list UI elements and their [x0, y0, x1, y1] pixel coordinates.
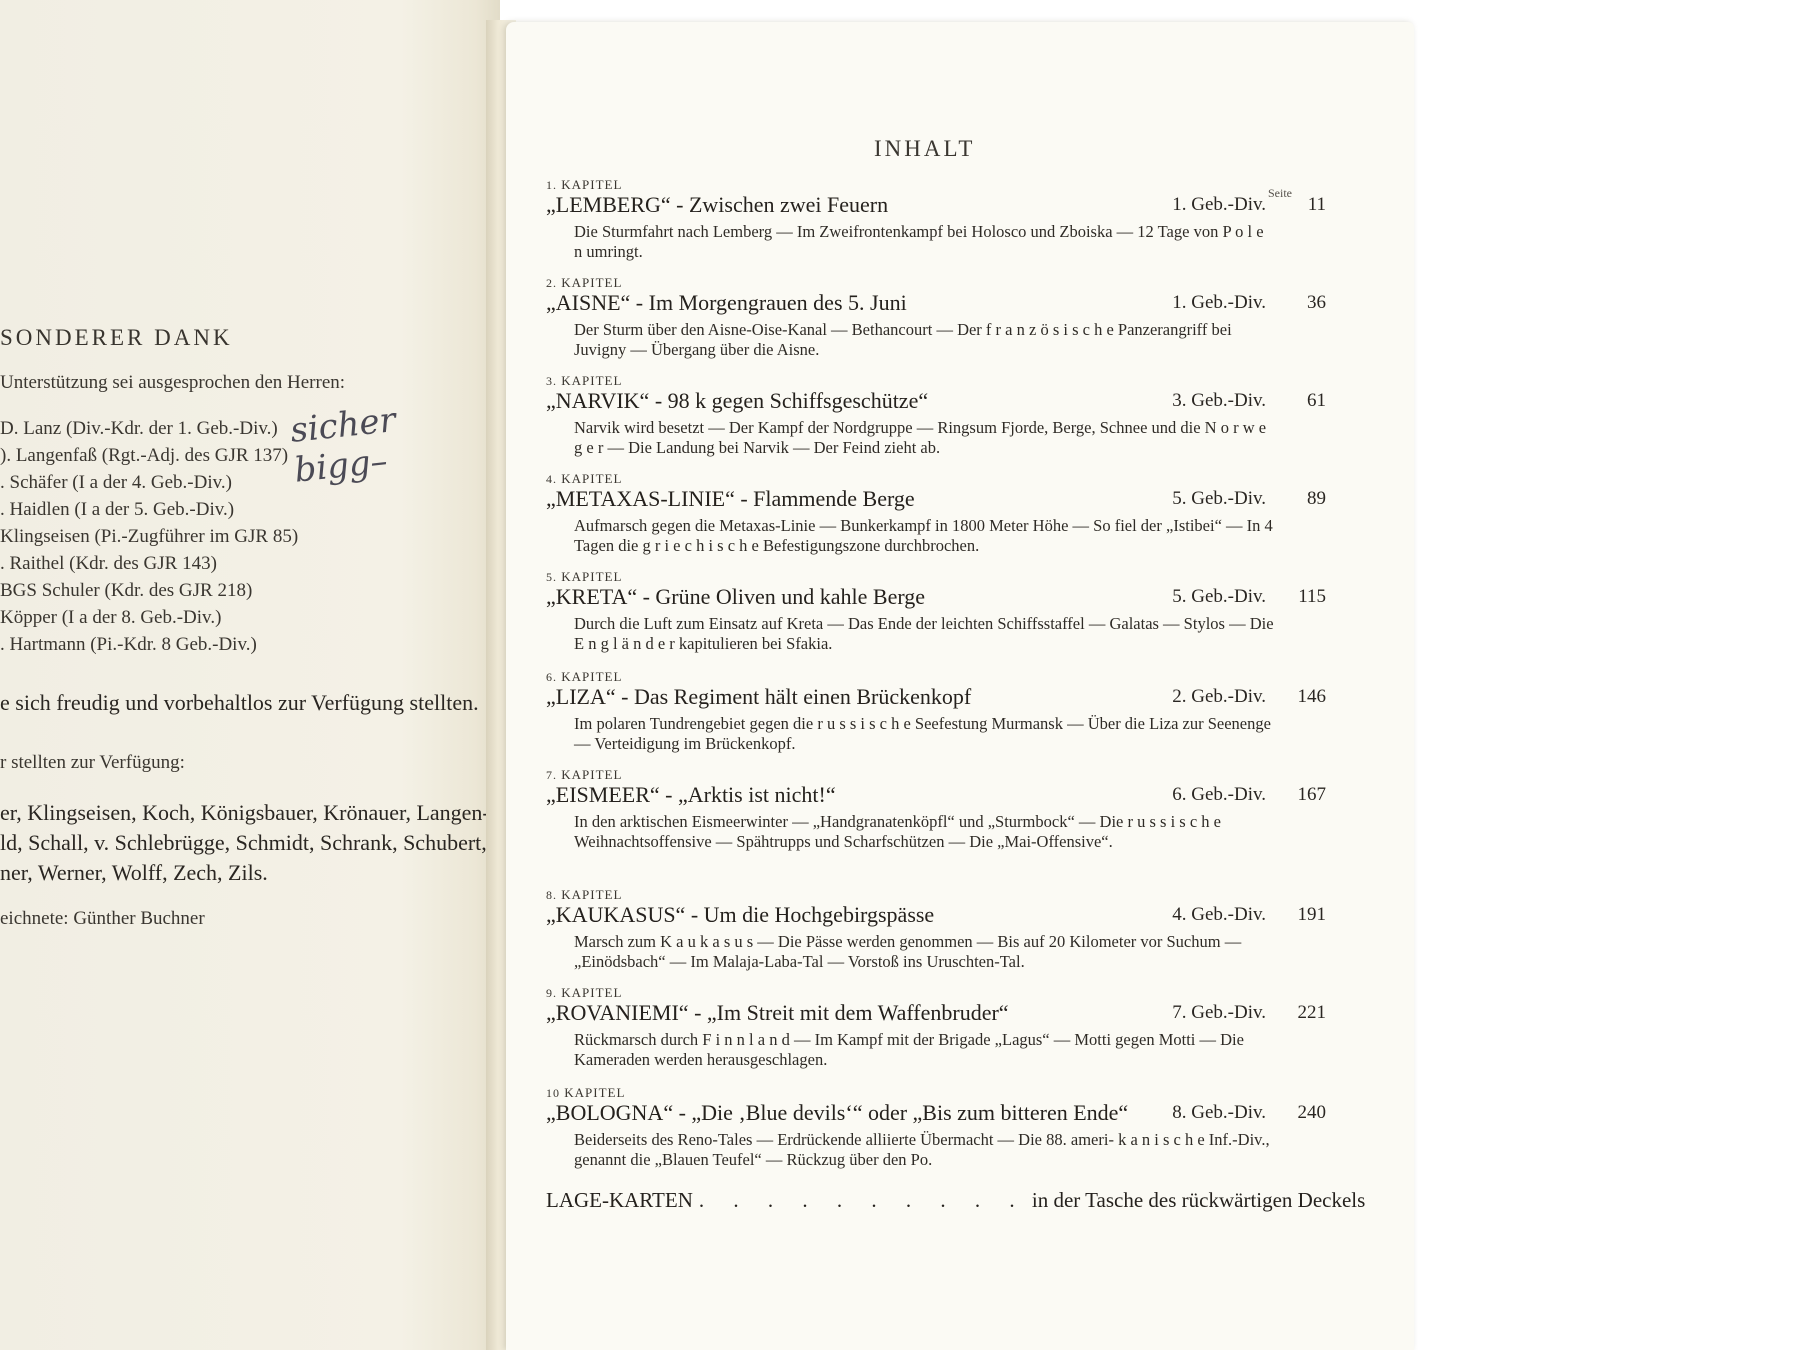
chapter-title: „AISNE“ - Im Morgengrauen des 5. Juni [546, 290, 907, 316]
toc-chapter: 9. KAPITEL „ROVANIEMI“ - „Im Streit mit … [546, 986, 1326, 1070]
chapter-division: 7. Geb.-Div. [1172, 1002, 1266, 1024]
chapter-title: „EISMEER“ - „Arktis ist nicht!“ [546, 782, 836, 808]
left-page: SONDERER DANK Unterstützung sei ausgespr… [0, 0, 500, 1350]
chapter-number: 6. [546, 670, 557, 684]
chapter-page: 146 [1286, 686, 1326, 708]
thanks-name: BGS Schuler (Kdr. des GJR 218) [0, 580, 252, 602]
chapter-page: 221 [1286, 1002, 1326, 1024]
chapter-number: 8. [546, 888, 557, 902]
chapter-label: KAPITEL [564, 1085, 625, 1100]
chapter-title: „ROVANIEMI“ - „Im Streit mit dem Waffenb… [546, 1000, 1009, 1026]
thanks-name: . Schäfer (I a der 4. Geb.-Div.) [0, 472, 232, 494]
chapter-number: 3. [546, 374, 557, 388]
handwritten-signature: sicher bigg– [288, 389, 500, 490]
others-line: ner, Werner, Wolff, Zech, Zils. [0, 860, 268, 886]
chapter-number: 1. [546, 178, 557, 192]
thanks-name: . Haidlen (I a der 5. Geb.-Div.) [0, 499, 234, 521]
chapter-division: 3. Geb.-Div. [1172, 390, 1266, 412]
chapter-number: 9. [546, 986, 557, 1000]
chapter-title: „BOLOGNA“ - „Die ‚Blue devils‘“ oder „Bi… [546, 1100, 1128, 1126]
acknowledgement-intro: Unterstützung sei ausgesprochen den Herr… [0, 372, 345, 394]
leader-dots: . . . . . . . . . . [699, 1188, 1027, 1212]
thanks-name: . Raithel (Kdr. des GJR 143) [0, 553, 217, 575]
chapter-title: „NARVIK“ - 98 k gegen Schiffsgeschütze“ [546, 388, 928, 414]
toc-chapter: 7. KAPITEL „EISMEER“ - „Arktis ist nicht… [546, 768, 1326, 852]
toc-chapter: 1. KAPITEL „LEMBERG“ - Zwischen zwei Feu… [546, 178, 1326, 262]
chapter-label: KAPITEL [561, 471, 622, 486]
chapter-page: 167 [1286, 784, 1326, 806]
chapter-label: KAPITEL [561, 177, 622, 192]
chapter-division: 1. Geb.-Div. [1172, 292, 1266, 314]
chapter-number: 2. [546, 276, 557, 290]
chapter-title: „LIZA“ - Das Regiment hält einen Brücken… [546, 684, 971, 710]
chapter-page: 240 [1286, 1102, 1326, 1124]
chapter-division: 8. Geb.-Div. [1172, 1102, 1266, 1124]
chapter-division: 5. Geb.-Div. [1172, 586, 1266, 608]
thanks-name: Köpper (I a der 8. Geb.-Div.) [0, 607, 221, 629]
chapter-description: Narvik wird besetzt — Der Kampf der Nord… [574, 418, 1274, 458]
toc-chapter: 3. KAPITEL „NARVIK“ - 98 k gegen Schiffs… [546, 374, 1326, 458]
others-intro: r stellten zur Verfügung: [0, 752, 185, 774]
chapter-description: Die Sturmfahrt nach Lemberg — Im Zweifro… [574, 222, 1274, 262]
chapter-description: Rückmarsch durch F i n n l a n d — Im Ka… [574, 1030, 1274, 1070]
thanks-name: D. Lanz (Div.-Kdr. der 1. Geb.-Div.) [0, 418, 278, 440]
chapter-division: 4. Geb.-Div. [1172, 904, 1266, 926]
others-line: ld, Schall, v. Schlebrügge, Schmidt, Sch… [0, 830, 487, 856]
toc-chapter: 6. KAPITEL „LIZA“ - Das Regiment hält ei… [546, 670, 1326, 754]
acknowledgement-heading: SONDERER DANK [0, 325, 233, 351]
chapter-description: Aufmarsch gegen die Metaxas-Linie — Bunk… [574, 516, 1274, 556]
maps-label: LAGE-KARTEN [546, 1188, 693, 1212]
chapter-title: „LEMBERG“ - Zwischen zwei Feuern [546, 192, 888, 218]
chapter-division: 5. Geb.-Div. [1172, 488, 1266, 510]
chapter-page: 191 [1286, 904, 1326, 926]
toc-chapter: 4. KAPITEL „METAXAS-LINIE“ - Flammende B… [546, 472, 1326, 556]
chapter-description: Marsch zum K a u k a s u s — Die Pässe w… [574, 932, 1274, 972]
chapter-page: 61 [1286, 390, 1326, 412]
chapter-number: 10 [546, 1086, 560, 1100]
chapter-number: 5. [546, 570, 557, 584]
chapter-number: 4. [546, 472, 557, 486]
chapter-label: KAPITEL [561, 887, 622, 902]
chapter-page: 11 [1286, 194, 1326, 216]
chapter-number: 7. [546, 768, 557, 782]
signed-by: eichnete: Günther Buchner [0, 908, 205, 930]
toc-chapter: 10 KAPITEL „BOLOGNA“ - „Die ‚Blue devils… [546, 1086, 1326, 1170]
chapter-division: 1. Geb.-Div. [1172, 194, 1266, 216]
thanks-name: Klingseisen (Pi.-Zugführer im GJR 85) [0, 526, 298, 548]
thanks-name: . Hartmann (Pi.-Kdr. 8 Geb.-Div.) [0, 634, 257, 656]
chapter-label: KAPITEL [561, 669, 622, 684]
chapter-description: Im polaren Tundrengebiet gegen die r u s… [574, 714, 1274, 754]
chapter-label: KAPITEL [561, 373, 622, 388]
chapter-description: Durch die Luft zum Einsatz auf Kreta — D… [574, 614, 1274, 654]
chapter-label: KAPITEL [561, 767, 622, 782]
toc-chapter: 2. KAPITEL „AISNE“ - Im Morgengrauen des… [546, 276, 1326, 360]
chapter-division: 6. Geb.-Div. [1172, 784, 1266, 806]
chapter-description: In den arktischen Eismeerwinter — „Handg… [574, 812, 1274, 852]
chapter-description: Beiderseits des Reno-Tales — Erdrückende… [574, 1130, 1274, 1170]
toc-title: INHALT [874, 136, 975, 162]
chapter-title: „KRETA“ - Grüne Oliven und kahle Berge [546, 584, 925, 610]
thanks-name: ). Langenfaß (Rgt.-Adj. des GJR 137) [0, 445, 288, 467]
chapter-title: „METAXAS-LINIE“ - Flammende Berge [546, 486, 915, 512]
acknowledgement-closing: e sich freudig und vorbehaltlos zur Verf… [0, 690, 479, 716]
chapter-label: KAPITEL [561, 985, 622, 1000]
others-line: er, Klingseisen, Koch, Königsbauer, Krön… [0, 800, 490, 826]
chapter-label: KAPITEL [561, 275, 622, 290]
toc-chapter: 8. KAPITEL „KAUKASUS“ - Um die Hochgebir… [546, 888, 1326, 972]
chapter-page: 89 [1286, 488, 1326, 510]
maps-location: in der Tasche des rückwärtigen Deckels [1032, 1188, 1365, 1212]
chapter-page: 36 [1286, 292, 1326, 314]
chapter-title: „KAUKASUS“ - Um die Hochgebirgspässe [546, 902, 934, 928]
toc-chapter: 5. KAPITEL „KRETA“ - Grüne Oliven und ka… [546, 570, 1326, 654]
chapter-division: 2. Geb.-Div. [1172, 686, 1266, 708]
chapter-page: 115 [1286, 586, 1326, 608]
chapter-label: KAPITEL [561, 569, 622, 584]
maps-entry: LAGE-KARTEN. . . . . . . . . . in der Ta… [546, 1188, 1365, 1213]
chapter-description: Der Sturm über den Aisne-Oise-Kanal — Be… [574, 320, 1274, 360]
